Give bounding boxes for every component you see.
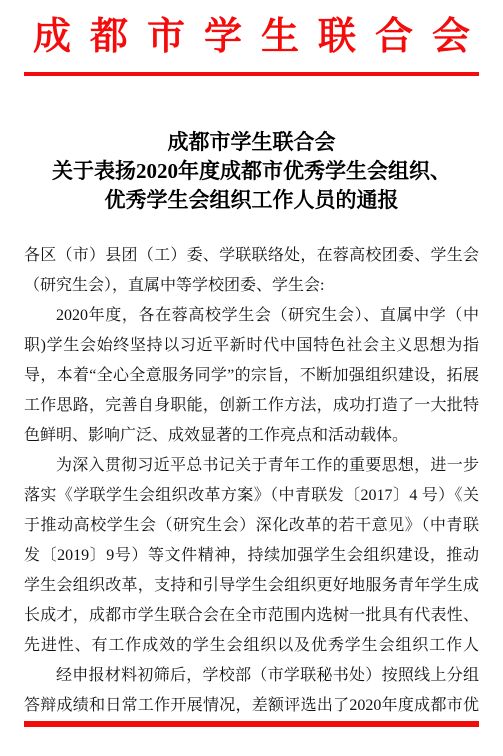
body-line: 各区（市）县团（工）委、学联联络处，在蓉高校团委、学生会 xyxy=(24,241,479,271)
notice-body: 各区（市）县团（工）委、学联联络处，在蓉高校团委、学生会 （研究生会），直属中等… xyxy=(24,241,479,721)
body-line: 先进性、有工作成效的学生会组织以及优秀学生会组织工作人员。 xyxy=(24,631,479,661)
letterhead-double-rule xyxy=(24,72,479,76)
notice-title-line-1: 成都市学生联合会 xyxy=(0,128,503,157)
body-line: 落实《学联学生会组织改革方案》（中青联发〔2017〕4 号）《关 xyxy=(24,481,479,511)
body-line: 于推动高校学生会（研究生会）深化改革的若干意见》（中青联 xyxy=(24,511,479,541)
letterhead-org-name: 成都市学生联合会 xyxy=(0,15,503,59)
body-line: 2020年度，各在蓉高校学生会（研究生会）、直属中学（中 xyxy=(24,301,479,331)
body-line: 职)学生会始终坚持以习近平新时代中国特色社会主义思想为指 xyxy=(24,331,479,361)
body-line: 导，本着“全心全意服务同学”的宗旨，不断加强组织建设，拓展 xyxy=(24,361,479,391)
notice-title: 成都市学生联合会 关于表扬2020年度成都市优秀学生会组织、 优秀学生会组织工作… xyxy=(0,128,503,215)
body-line: 经申报材料初筛后，学校部（市学联秘书处）按照线上分组 xyxy=(24,661,479,691)
letterhead: 成都市学生联合会 xyxy=(0,0,503,76)
body-line: 长成才，成都市学生联合会在全市范围内选树一批具有代表性、 xyxy=(24,601,479,631)
document-page: 成都市学生联合会 成都市学生联合会 关于表扬2020年度成都市优秀学生会组织、 … xyxy=(0,0,503,756)
body-line: （研究生会），直属中等学校团委、学生会: xyxy=(24,271,479,301)
notice-title-line-2: 关于表扬2020年度成都市优秀学生会组织、 xyxy=(0,157,503,186)
body-line: 学生会组织改革，支持和引导学生会组织更好地服务青年学生成 xyxy=(24,571,479,601)
footer-double-rule xyxy=(24,721,479,727)
body-line: 为深入贯彻习近平总书记关于青年工作的重要思想，进一步 xyxy=(24,451,479,481)
body-line: 答辩成绩和日常工作开展情况，差额评选出了2020年度成都市优 xyxy=(24,691,479,721)
body-line: 色鲜明、影响广泛、成效显著的工作亮点和活动载体。 xyxy=(24,421,479,451)
body-line: 工作思路，完善自身职能，创新工作方法，成功打造了一大批特 xyxy=(24,391,479,421)
notice-title-line-3: 优秀学生会组织工作人员的通报 xyxy=(0,186,503,215)
body-line: 发〔2019〕9号）等文件精神，持续加强学生会组织建设，推动 xyxy=(24,541,479,571)
